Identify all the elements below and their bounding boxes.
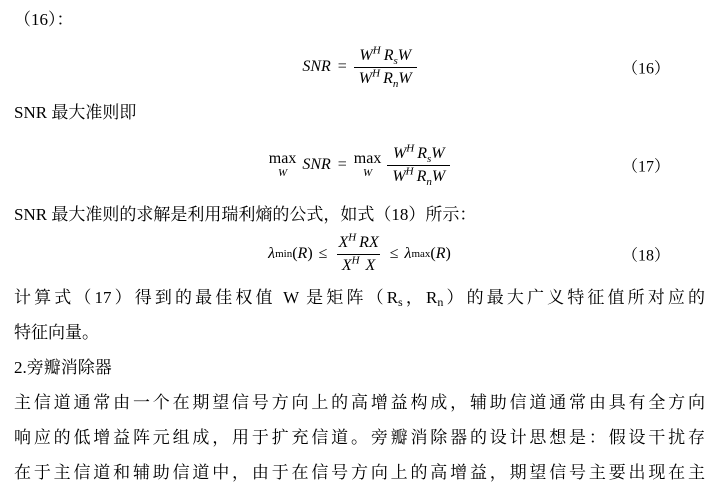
- sup-H: H: [406, 143, 414, 155]
- var-X: X: [366, 257, 376, 274]
- equation-16: SNR = WHRsW WHRnW （16）: [14, 36, 705, 98]
- paragraph-text: 计算式（17）得到的最佳权值 W 是矩阵（R: [14, 288, 398, 307]
- sup-H: H: [406, 165, 414, 177]
- fraction-numerator: WHRsW: [354, 45, 416, 67]
- sidelobe-canceller-paragraph: 主信道通常由一个在期望信号方向上的高增益构成，辅助信道通常由具有全方向 响应的低…: [14, 385, 705, 490]
- var-W: W: [398, 47, 411, 64]
- leq-sign: ≤: [319, 245, 328, 263]
- var-R: R: [417, 145, 427, 162]
- leq-sign: ≤: [390, 245, 399, 263]
- max-snr-formula: max W SNR = max W WHRsW WHRnW: [269, 143, 450, 187]
- var-W: W: [359, 47, 372, 64]
- var-snr: SNR: [302, 58, 330, 76]
- paragraph-line: 在于主信道和辅助信道中，由于在信号方向上的高增益，期望信号主要出现在主: [14, 455, 705, 490]
- var-R: R: [436, 245, 446, 263]
- max-under-var-W: W: [363, 168, 372, 180]
- rayleigh-quotient-formula: λmin(R) ≤ XHRX XHX ≤ λmax(R): [268, 232, 451, 276]
- sup-H: H: [373, 45, 381, 57]
- equation-17: max W SNR = max W WHRsW WHRnW （17）: [14, 134, 705, 196]
- var-W: W: [432, 168, 445, 185]
- var-W: W: [431, 145, 444, 162]
- fraction-numerator: WHRsW: [388, 143, 450, 165]
- max-under-var-W: W: [278, 168, 287, 180]
- var-R: R: [298, 245, 308, 263]
- paragraph-line: 特征向量。: [14, 315, 705, 350]
- var-R: R: [383, 70, 393, 87]
- equation-18-number: （18）: [622, 243, 670, 266]
- max-operator: max W: [269, 151, 297, 179]
- var-W: W: [398, 70, 411, 87]
- var-RX: RX: [359, 234, 379, 251]
- equation-ref-line: （16）：: [14, 8, 705, 32]
- equation-16-number: （16）: [622, 56, 670, 79]
- var-W: W: [392, 168, 405, 185]
- document-page: （16）： SNR = WHRsW WHRnW （16） SNR 最大准则即 m…: [0, 0, 719, 490]
- paragraph-line: 计算式（17）得到的最佳权值 W 是矩阵（Rs，Rn）的最大广义特征值所对应的: [14, 280, 705, 315]
- fraction-numerator: XHRX: [333, 232, 383, 254]
- max-operator: max W: [354, 151, 382, 179]
- fraction: XHRX XHX: [333, 232, 383, 276]
- close-paren: ): [446, 245, 451, 263]
- lambda-symbol: λ: [268, 245, 275, 263]
- max-label: max: [354, 151, 382, 168]
- sup-H: H: [348, 232, 356, 244]
- var-W: W: [393, 145, 406, 162]
- max-label: max: [269, 151, 297, 168]
- close-paren: ): [307, 245, 312, 263]
- equation-18: λmin(R) ≤ XHRX XHX ≤ λmax(R) （18）: [14, 230, 705, 278]
- var-R: R: [384, 47, 394, 64]
- fraction: WHRsW WHRnW: [354, 45, 417, 89]
- rayleigh-entropy-line: SNR 最大准则的求解是利用瑞利熵的公式，如式（18）所示：: [14, 200, 705, 230]
- equals-sign: =: [338, 58, 347, 76]
- var-R: R: [417, 168, 427, 185]
- snr-max-criterion-line: SNR 最大准则即: [14, 98, 705, 128]
- equation-17-number: （17）: [622, 154, 670, 177]
- paragraph-text: ，R: [403, 288, 438, 307]
- fraction: WHRsW WHRnW: [387, 143, 450, 187]
- section-heading-sidelobe-canceller: 2.旁瓣消除器: [14, 350, 705, 385]
- var-snr: SNR: [302, 156, 330, 174]
- lambda-symbol: λ: [405, 245, 412, 263]
- optimal-weight-paragraph: 计算式（17）得到的最佳权值 W 是矩阵（Rs，Rn）的最大广义特征值所对应的 …: [14, 280, 705, 350]
- fraction-denominator: WHRnW: [387, 165, 450, 188]
- sup-H: H: [372, 67, 380, 79]
- sup-H: H: [352, 254, 360, 266]
- var-X: X: [342, 257, 352, 274]
- equals-sign: =: [338, 156, 347, 174]
- var-W: W: [359, 70, 372, 87]
- fraction-denominator: WHRnW: [354, 67, 417, 90]
- var-X: X: [338, 234, 348, 251]
- paragraph-line: 主信道通常由一个在期望信号方向上的高增益构成，辅助信道通常由具有全方向: [14, 385, 705, 420]
- paragraph-text: ）的最大广义特征值所对应的: [443, 288, 705, 307]
- paragraph-line: 响应的低增益阵元组成，用于扩充信道。旁瓣消除器的设计思想是：假设干扰存: [14, 420, 705, 455]
- fraction-denominator: XHX: [337, 254, 381, 277]
- snr-formula: SNR = WHRsW WHRnW: [302, 45, 416, 89]
